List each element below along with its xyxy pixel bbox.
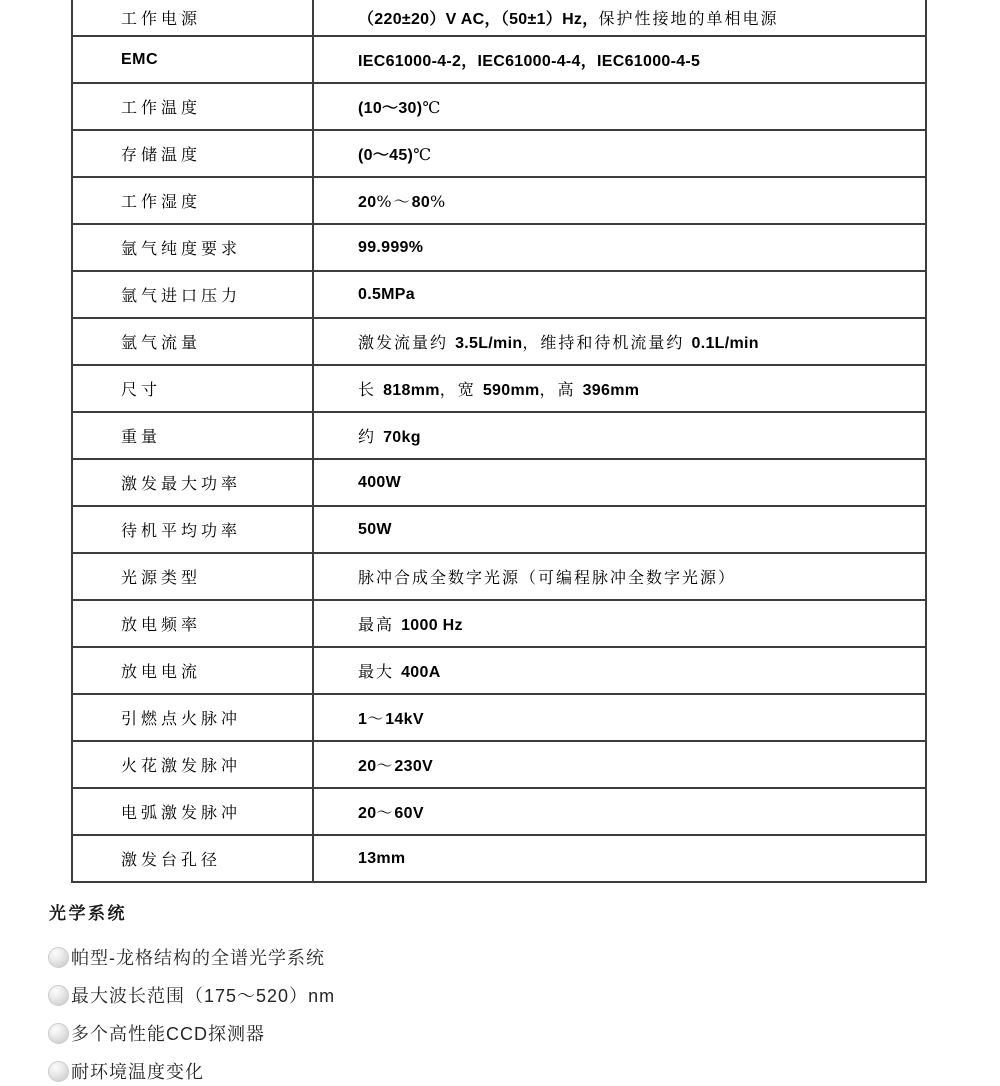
- table-row: 放电频率最高 1000 Hz: [72, 600, 926, 647]
- feature-item: 帕型-龙格结构的全谱光学系统: [48, 938, 948, 976]
- spec-value: 1～14kV: [313, 694, 926, 741]
- value-text-segment: ，高: [540, 380, 583, 399]
- value-text-segment: %～: [376, 192, 411, 211]
- value-text-segment: 长: [358, 380, 383, 399]
- value-number-segment: (0～45): [358, 147, 413, 164]
- value-number-segment: 60V: [394, 805, 423, 822]
- value-number-segment: 99.999%: [358, 239, 423, 256]
- table-row: 电弧激发脉冲20～60V: [72, 788, 926, 835]
- value-number-segment: 14kV: [385, 711, 424, 728]
- spec-label: 放电电流: [72, 647, 313, 694]
- value-number-segment: 1000 Hz: [401, 617, 463, 634]
- spec-label: 尺寸: [72, 365, 313, 412]
- feature-item: 多个高性能CCD探测器: [48, 1014, 948, 1052]
- table-row: 待机平均功率50W: [72, 506, 926, 553]
- spec-label: 电弧激发脉冲: [72, 788, 313, 835]
- spec-document-page: 工作电源（220±20）V AC，（50±1）Hz，保护性接地的单相电源EMCI…: [0, 0, 1000, 1086]
- spec-value: 20～230V: [313, 741, 926, 788]
- value-number-segment: 0.5MPa: [358, 286, 415, 303]
- table-row: 放电电流最大 400A: [72, 647, 926, 694]
- sphere-bullet-icon: [48, 1061, 69, 1082]
- value-text-segment: ℃: [413, 145, 433, 164]
- table-row: 工作温度(10～30)℃: [72, 83, 926, 130]
- value-text-segment: ，宽: [440, 380, 483, 399]
- table-row: 重量约 70kg: [72, 412, 926, 459]
- spec-value: 50W: [313, 506, 926, 553]
- spec-value: 约 70kg: [313, 412, 926, 459]
- table-row: 工作湿度20%～80%: [72, 177, 926, 224]
- value-number-segment: (10～30): [358, 100, 422, 117]
- spec-label: 工作湿度: [72, 177, 313, 224]
- table-row: 工作电源（220±20）V AC，（50±1）Hz，保护性接地的单相电源: [72, 0, 926, 36]
- spec-label: 放电频率: [72, 600, 313, 647]
- spec-label: 氩气纯度要求: [72, 224, 313, 271]
- spec-value: （220±20）V AC，（50±1）Hz，保护性接地的单相电源: [313, 0, 926, 36]
- spec-value: IEC61000-4-2，IEC61000-4-4，IEC61000-4-5: [313, 36, 926, 83]
- spec-value: 13mm: [313, 835, 926, 882]
- value-number-segment: 20: [358, 194, 376, 211]
- value-number-segment: 400W: [358, 474, 401, 491]
- spec-value: 最大 400A: [313, 647, 926, 694]
- spec-value: 0.5MPa: [313, 271, 926, 318]
- value-text-segment: ～: [376, 756, 394, 775]
- table-row: 存储温度(0～45)℃: [72, 130, 926, 177]
- value-number-segment: 80: [412, 194, 430, 211]
- value-number-segment: 13mm: [358, 850, 405, 867]
- value-text-segment: ～: [376, 803, 394, 822]
- spec-label: 光源类型: [72, 553, 313, 600]
- value-text-segment: ～: [367, 709, 385, 728]
- spec-value: 20～60V: [313, 788, 926, 835]
- table-row: EMCIEC61000-4-2，IEC61000-4-4，IEC61000-4-…: [72, 36, 926, 83]
- sphere-bullet-icon: [48, 947, 69, 968]
- optical-system-heading: 光学系统: [49, 899, 948, 924]
- table-row: 氩气进口压力0.5MPa: [72, 271, 926, 318]
- table-row: 氩气流量激发流量约 3.5L/min，维持和待机流量约 0.1L/min: [72, 318, 926, 365]
- spec-label: 激发最大功率: [72, 459, 313, 506]
- spec-label: EMC: [72, 36, 313, 83]
- value-number-segment: 230V: [394, 758, 433, 775]
- spec-label: 待机平均功率: [72, 506, 313, 553]
- value-text-segment: 约: [358, 427, 383, 446]
- value-number-segment: 0.1L/min: [692, 335, 759, 352]
- spec-value: (10～30)℃: [313, 83, 926, 130]
- spec-label: 火花激发脉冲: [72, 741, 313, 788]
- feature-item: 最大波长范围（175～520）nm: [48, 976, 948, 1014]
- spec-label: 重量: [72, 412, 313, 459]
- optical-feature-list: 帕型-龙格结构的全谱光学系统最大波长范围（175～520）nm多个高性能CCD探…: [48, 938, 948, 1086]
- spec-value: 脉冲合成全数字光源（可编程脉冲全数字光源）: [313, 553, 926, 600]
- feature-text: 帕型-龙格结构的全谱光学系统: [71, 944, 325, 970]
- feature-text: 耐环境温度变化: [71, 1058, 204, 1084]
- value-text-segment: %: [430, 192, 447, 211]
- spec-value: 长 818mm，宽 590mm，高 396mm: [313, 365, 926, 412]
- value-number-segment: 396mm: [583, 382, 640, 399]
- value-text-segment: ℃: [422, 98, 442, 117]
- table-row: 光源类型脉冲合成全数字光源（可编程脉冲全数字光源）: [72, 553, 926, 600]
- value-text-segment: 最大: [358, 662, 401, 681]
- value-text-segment: 脉冲合成全数字光源（可编程脉冲全数字光源）: [358, 568, 736, 587]
- spec-value: (0～45)℃: [313, 130, 926, 177]
- spec-label: 氩气流量: [72, 318, 313, 365]
- spec-value: 20%～80%: [313, 177, 926, 224]
- value-number-segment: IEC61000-4-2，IEC61000-4-4，IEC61000-4-5: [358, 53, 700, 70]
- sphere-bullet-icon: [48, 985, 69, 1006]
- value-number-segment: 400A: [401, 664, 440, 681]
- value-number-segment: （220±20）V AC，（50±1）Hz，: [358, 11, 599, 28]
- spec-table: 工作电源（220±20）V AC，（50±1）Hz，保护性接地的单相电源EMCI…: [71, 0, 927, 883]
- value-number-segment: 50W: [358, 521, 392, 538]
- table-row: 激发台孔径13mm: [72, 835, 926, 882]
- table-row: 尺寸长 818mm，宽 590mm，高 396mm: [72, 365, 926, 412]
- spec-value: 99.999%: [313, 224, 926, 271]
- spec-label: 引燃点火脉冲: [72, 694, 313, 741]
- value-text-segment: 最高: [358, 615, 401, 634]
- spec-label: 存储温度: [72, 130, 313, 177]
- spec-label: 工作温度: [72, 83, 313, 130]
- spec-table-body: 工作电源（220±20）V AC，（50±1）Hz，保护性接地的单相电源EMCI…: [72, 0, 926, 882]
- value-number-segment: 20: [358, 805, 376, 822]
- spec-label: 激发台孔径: [72, 835, 313, 882]
- spec-value: 400W: [313, 459, 926, 506]
- value-number-segment: 20: [358, 758, 376, 775]
- sphere-bullet-icon: [48, 1023, 69, 1044]
- table-row: 氩气纯度要求99.999%: [72, 224, 926, 271]
- spec-value: 激发流量约 3.5L/min，维持和待机流量约 0.1L/min: [313, 318, 926, 365]
- spec-value: 最高 1000 Hz: [313, 600, 926, 647]
- feature-text: 最大波长范围（175～520）nm: [71, 982, 335, 1008]
- table-row: 火花激发脉冲20～230V: [72, 741, 926, 788]
- spec-label: 工作电源: [72, 0, 313, 36]
- feature-item: 耐环境温度变化: [48, 1052, 948, 1086]
- value-number-segment: 818mm: [383, 382, 440, 399]
- value-text-segment: ，维持和待机流量约: [522, 333, 691, 352]
- value-number-segment: 1: [358, 711, 367, 728]
- spec-label: 氩气进口压力: [72, 271, 313, 318]
- value-text-segment: 激发流量约: [358, 333, 455, 352]
- value-number-segment: 70kg: [383, 429, 421, 446]
- value-text-segment: 保护性接地的单相电源: [599, 9, 779, 28]
- optical-system-section: 光学系统 帕型-龙格结构的全谱光学系统最大波长范围（175～520）nm多个高性…: [48, 899, 948, 1086]
- feature-text: 多个高性能CCD探测器: [71, 1020, 265, 1046]
- table-row: 激发最大功率400W: [72, 459, 926, 506]
- value-number-segment: 3.5L/min: [455, 335, 522, 352]
- table-row: 引燃点火脉冲1～14kV: [72, 694, 926, 741]
- value-number-segment: 590mm: [483, 382, 540, 399]
